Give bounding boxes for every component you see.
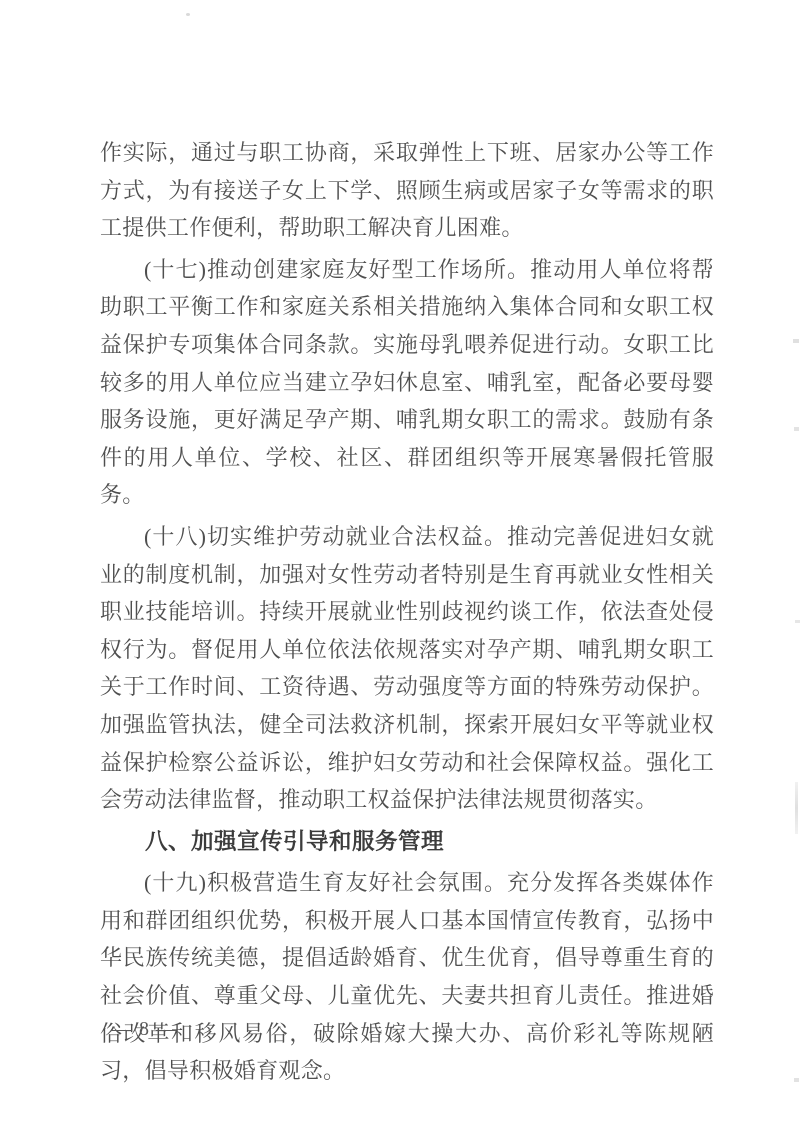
page-number: — 8 — <box>112 1018 177 1041</box>
document-body: 作实际，通过与职工协商，采取弹性上下班、居家办公等工作方式，为有接送子女上下学、… <box>100 134 714 1094</box>
paragraph-item-18: (十八)切实维护劳动就业合法权益。推动完善促进妇女就业的制度机制，加强对女性劳动… <box>100 518 714 819</box>
scan-artifact <box>793 339 799 343</box>
scan-artifact <box>795 782 798 834</box>
paragraph-item-17: (十七)推动创建家庭友好型工作场所。推动用人单位将帮助职工平衡工作和家庭关系相关… <box>100 251 714 514</box>
scan-artifact <box>794 427 799 431</box>
scan-artifact <box>186 13 190 16</box>
scan-artifact <box>794 1078 799 1082</box>
paragraph-item-19: (十九)积极营造生育友好社会氛围。充分发挥各类媒体作用和群团组织优势，积极开展人… <box>100 864 714 1090</box>
paragraph-continuation: 作实际，通过与职工协商，采取弹性上下班、居家办公等工作方式，为有接送子女上下学、… <box>100 134 714 247</box>
scanned-document-page: 作实际，通过与职工协商，采取弹性上下班、居家办公等工作方式，为有接送子女上下学、… <box>0 0 800 1132</box>
scan-artifact <box>795 620 800 623</box>
section-heading-8: 八、加强宣传引导和服务管理 <box>100 823 714 861</box>
